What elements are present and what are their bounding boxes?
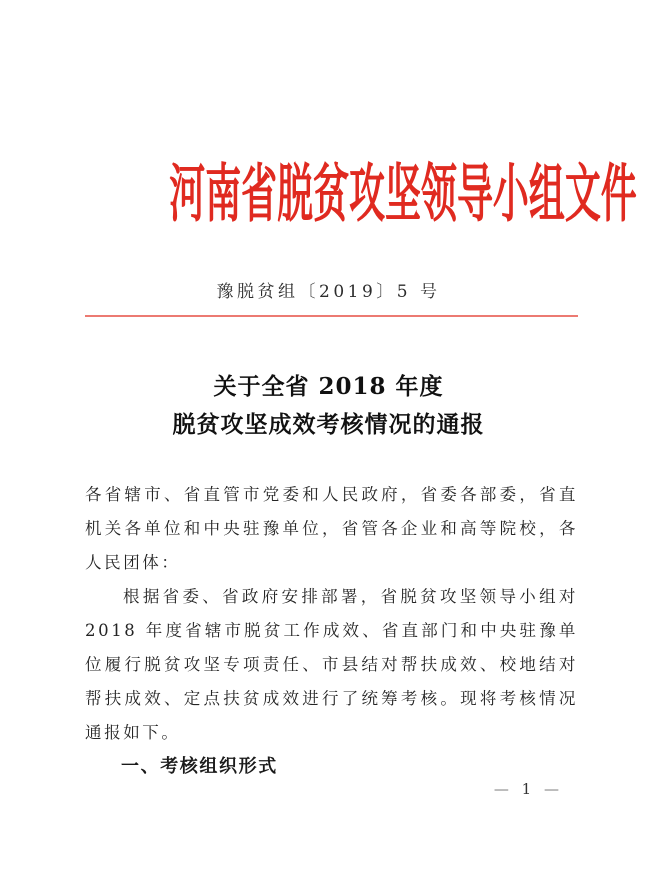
body-paragraph: 根据省委、省政府安排部署，省脱贫攻坚领导小组对 2018 年度省辖市脱贫工作成效… [85,580,578,750]
letterhead-title-text: 河南省脱贫攻坚领导小组文件 [169,157,636,230]
page-number-dash-left: — [494,780,511,798]
document-page: 河南省脱贫攻坚领导小组文件 豫脱贫组〔2019〕5 号 关于全省 2018 年度… [0,0,657,887]
document-title-line2: 脱贫攻坚成效考核情况的通报 [0,406,657,444]
document-body: 各省辖市、省直管市党委和人民政府，省委各部委，省直机关各单位和中央驻豫单位，省管… [85,478,578,784]
page-number-value: 1 [518,780,538,798]
red-letterhead-title: 河南省脱贫攻坚领导小组文件 [0,158,657,230]
document-number: 豫脱贫组〔2019〕5 号 [0,280,657,304]
document-title: 关于全省 2018 年度 脱贫攻坚成效考核情况的通报 [0,368,657,444]
document-title-line1: 关于全省 2018 年度 [0,368,657,406]
page-number: — 1 — [494,779,561,799]
page-number-dash-right: — [544,780,561,798]
salutation-paragraph: 各省辖市、省直管市党委和人民政府，省委各部委，省直机关各单位和中央驻豫单位，省管… [85,478,578,580]
red-divider-line [85,315,578,317]
